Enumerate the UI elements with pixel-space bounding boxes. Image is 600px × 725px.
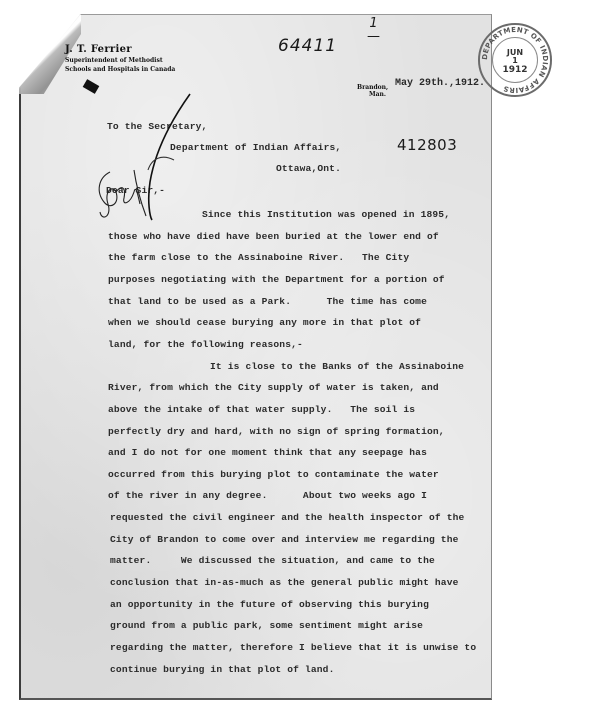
body-line: City of Brandon to come over and intervi… <box>110 534 459 545</box>
body-line: It is close to the Banks of the Assinabo… <box>210 361 464 372</box>
received-stamp: DEPARTMENT OF INDIAN AFFAIRS JUN 1 1912 <box>478 23 552 97</box>
body-line: ground from a public park, some sentimen… <box>110 620 423 631</box>
handwritten-mark: 1— <box>367 17 380 43</box>
body-line: that land to be used as a Park. The time… <box>108 296 427 307</box>
body-line: land, for the following reasons,- <box>108 339 303 350</box>
body-line: and I do not for one moment think that a… <box>108 447 427 458</box>
body-line: above the intake of that water supply. T… <box>108 404 415 415</box>
body-line: an opportunity in the future of observin… <box>110 599 429 610</box>
stamp-day: 1 <box>502 56 528 65</box>
stamp-year: 1912 <box>498 65 532 75</box>
handwritten-reference-number: 64411 <box>278 36 337 56</box>
letter-date: May 29th.,1912. <box>395 78 485 89</box>
place-city: Brandon, <box>357 84 388 91</box>
body-line: Since this Institution was opened in 189… <box>202 209 450 220</box>
body-line: regarding the matter, therefore I believ… <box>110 642 476 653</box>
body-line: those who have died have been buried at … <box>108 231 439 242</box>
body-line: occurred from this burying plot to conta… <box>108 469 439 480</box>
body-line: requested the civil engineer and the hea… <box>110 512 464 523</box>
body-line: conclusion that in-as-much as the genera… <box>110 577 459 588</box>
letterhead: J. T. Ferrier Superintendent of Methodis… <box>65 44 175 73</box>
body-line: the farm close to the Assinaboine River.… <box>108 252 409 263</box>
place-province: Man. <box>357 91 388 98</box>
file-number: 412803 <box>397 136 457 154</box>
body-line: continue burying in that plot of land. <box>110 664 334 675</box>
place-line: Brandon, Man. <box>357 84 388 98</box>
letterhead-title-line-2: Schools and Hospitals in Canada <box>65 66 175 73</box>
body-line: purposes negotiating with the Department… <box>108 274 445 285</box>
letterhead-title-line-1: Superintendent of Methodist <box>65 57 175 64</box>
body-line: when we should cease burying any more in… <box>108 317 421 328</box>
address-line-3: Ottawa,Ont. <box>276 163 341 174</box>
body-line: of the river in any degree. About two we… <box>108 490 427 501</box>
handwritten-signature <box>90 92 200 222</box>
letterhead-name: J. T. Ferrier <box>65 44 175 55</box>
body-line: matter. We discussed the situation, and … <box>110 555 435 566</box>
body-line: River, from which the City supply of wat… <box>108 382 439 393</box>
body-line: perfectly dry and hard, with no sign of … <box>108 426 445 437</box>
